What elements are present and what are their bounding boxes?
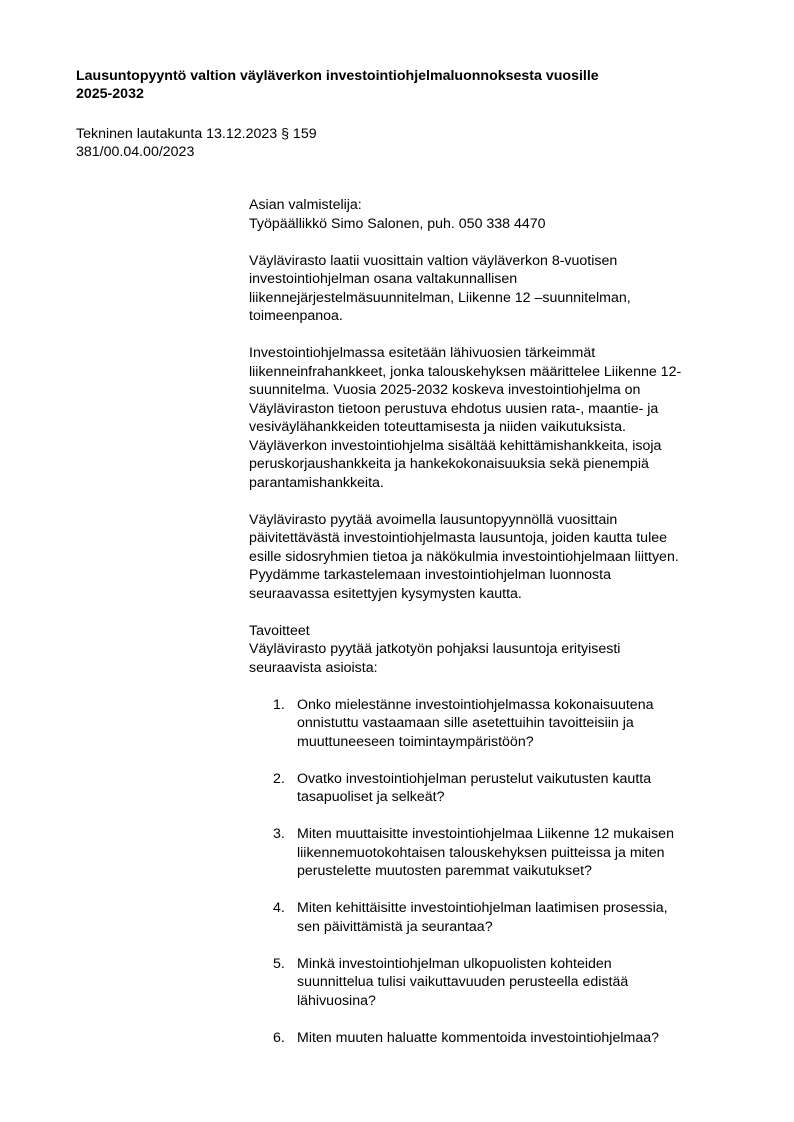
preparer-line: Työpäällikkö Simo Salonen, puh. 050 338 … [249, 215, 749, 234]
meeting-meta: Tekninen lautakunta 13.12.2023 § 159 381… [76, 125, 317, 161]
question-item: 6. Miten muuten haluatte kommentoida inv… [249, 1029, 749, 1048]
text-line: toimeenpanoa. [249, 307, 749, 326]
text-line: liikenneinfrahankkeet, jonka talouskehyk… [249, 363, 749, 382]
preparer-block: Asian valmistelija: Työpäällikkö Simo Sa… [249, 196, 749, 233]
question-line: Onko mielestänne investointiohjelmassa k… [297, 696, 749, 715]
text-line: parantamishankkeita. [249, 474, 749, 493]
text-line: liikennejärjestelmäsuunnitelman, Liikenn… [249, 289, 749, 308]
question-line: Minkä investointiohjelman ulkopuolisten … [297, 955, 749, 974]
text-line: seuraavassa esitettyjen kysymysten kautt… [249, 585, 749, 604]
meeting-line: Tekninen lautakunta 13.12.2023 § 159 [76, 125, 317, 143]
questions-list: 1. Onko mielestänne investointiohjelmass… [249, 696, 749, 1048]
question-item: 5. Minkä investointiohjelman ulkopuolist… [249, 955, 749, 1011]
text-line: esille sidosryhmien tietoa ja näkökulmia… [249, 548, 749, 567]
question-item: 1. Onko mielestänne investointiohjelmass… [249, 696, 749, 752]
text-line: Investointiohjelmassa esitetään lähivuos… [249, 344, 749, 363]
document-page: Lausuntopyyntö valtion väyläverkon inves… [0, 0, 794, 1122]
title-line: 2025-2032 [76, 85, 736, 103]
question-number: 5. [273, 955, 285, 974]
goals-heading: Tavoitteet [249, 622, 749, 641]
question-item: 2. Ovatko investointiohjelman perustelut… [249, 770, 749, 807]
question-line: suunnittelua tulisi vaikuttavuuden perus… [297, 973, 749, 992]
text-line: Väylävirasto pyytää jatkotyön pohjaksi l… [249, 640, 749, 659]
text-line: investointiohjelman osana valtakunnallis… [249, 270, 749, 289]
question-line: Miten muuten haluatte kommentoida invest… [297, 1029, 749, 1048]
text-line: Väyläviraston tietoon perustuva ehdotus … [249, 400, 749, 419]
question-line: muuttuneeseen toimintaympäristöön? [297, 733, 749, 752]
text-line: seuraavista asioista: [249, 659, 749, 678]
question-line: lähivuosina? [297, 992, 749, 1011]
question-number: 6. [273, 1029, 285, 1048]
text-line: vesiväylähankkeiden toteuttamisesta ja n… [249, 418, 749, 437]
question-line: tasapuoliset ja selkeät? [297, 788, 749, 807]
text-line: Pyydämme tarkastelemaan investointiohjel… [249, 566, 749, 585]
goals-block: Tavoitteet Väylävirasto pyytää jatkotyön… [249, 622, 749, 678]
question-item: 3. Miten muuttaisitte investointiohjelma… [249, 825, 749, 881]
document-title: Lausuntopyyntö valtion väyläverkon inves… [76, 67, 736, 103]
document-body: Asian valmistelija: Työpäällikkö Simo Sa… [249, 196, 749, 1066]
paragraph-request: Väylävirasto pyytää avoimella lausuntopy… [249, 511, 749, 604]
question-number: 1. [273, 696, 285, 715]
preparer-label: Asian valmistelija: [249, 196, 749, 215]
question-line: Ovatko investointiohjelman perustelut va… [297, 770, 749, 789]
paragraph-program: Investointiohjelmassa esitetään lähivuos… [249, 344, 749, 492]
question-line: liikennemuotokohtaisen talouskehyksen pu… [297, 844, 749, 863]
title-line: Lausuntopyyntö valtion väyläverkon inves… [76, 67, 736, 85]
question-line: Miten kehittäisitte investointiohjelman … [297, 899, 749, 918]
question-number: 4. [273, 899, 285, 918]
text-line: Väylävirasto pyytää avoimella lausuntopy… [249, 511, 749, 530]
text-line: suunnitelma. Vuosia 2025-2032 koskeva in… [249, 381, 749, 400]
text-line: päivitettävästä investointiohjelmasta la… [249, 529, 749, 548]
question-line: Miten muuttaisitte investointiohjelmaa L… [297, 825, 749, 844]
record-number: 381/00.04.00/2023 [76, 143, 317, 161]
text-line: peruskorjaushankkeita ja hankekokonaisuu… [249, 455, 749, 474]
question-number: 2. [273, 770, 285, 789]
text-line: Väyläverkon investointiohjelma sisältää … [249, 437, 749, 456]
text-line: Väylävirasto laatii vuosittain valtion v… [249, 252, 749, 271]
question-number: 3. [273, 825, 285, 844]
question-line: onnistuttu vastaamaan sille asetettuihin… [297, 714, 749, 733]
question-item: 4. Miten kehittäisitte investointiohjelm… [249, 899, 749, 936]
question-line: sen päivittämistä ja seurantaa? [297, 918, 749, 937]
paragraph-intro: Väylävirasto laatii vuosittain valtion v… [249, 252, 749, 326]
question-line: perustelette muutosten paremmat vaikutuk… [297, 862, 749, 881]
